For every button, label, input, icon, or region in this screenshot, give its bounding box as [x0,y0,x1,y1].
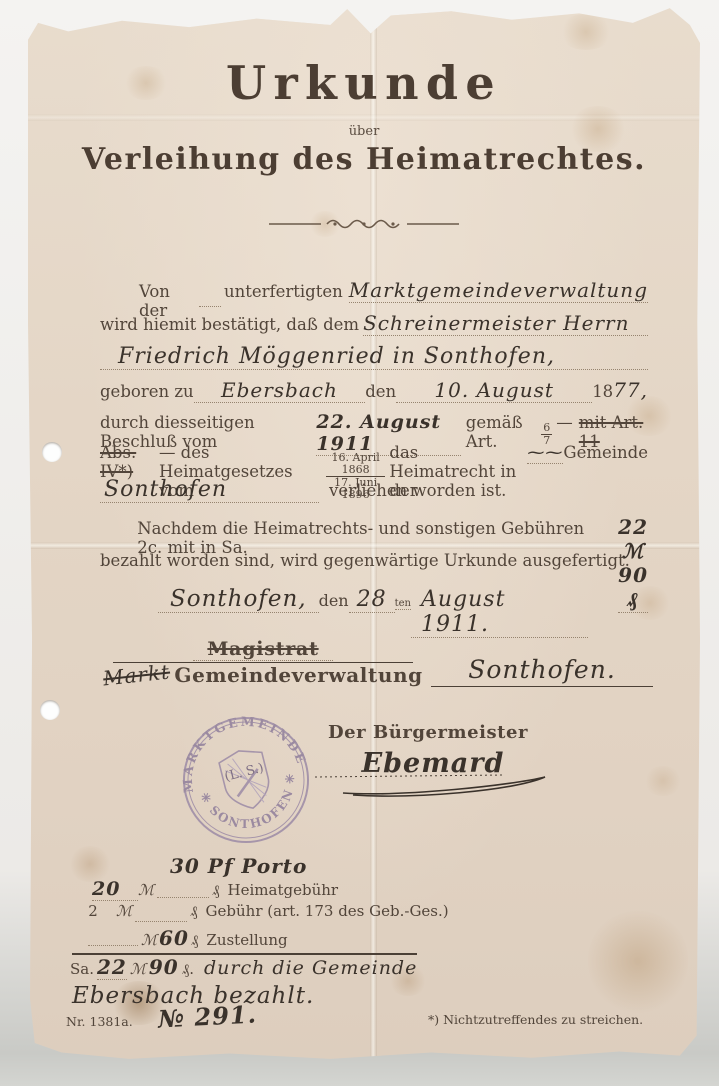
printed-text: bezahlt worden sind, wird gegenwärtige U… [100,551,630,570]
handwritten-name: Friedrich Möggenried in Sonthofen, [100,344,648,370]
printed-ten-suffix: ten [395,598,411,610]
fee-row-gebuehr: 2 ℳ ₰ Gebühr (art. 173 des Geb.-Ges.) [70,902,470,926]
handwritten-payment-note-1: durch die Gemeinde [204,957,417,979]
handwritten-day: 28 [349,587,395,613]
handwritten-authority: Marktgemeindeverwaltung [349,278,648,303]
fee-label: Gebühr (art. 173 des Geb.-Ges.) [206,902,449,920]
struck-magistrat: Magistrat [193,638,332,661]
handwritten-sum-mark: 22 [97,955,127,980]
scanned-photo: Urkunde über Verleihung des Heimatrechte… [0,0,719,1086]
handwritten-payment-note-2: Ebersbach bezahlt. [72,983,470,1009]
handwritten-fee-mark: 20 [92,878,138,901]
divider-ornament-icon [269,217,459,231]
date-line: Sonthofen, den 28 ten August 1911. [158,586,588,638]
gemeindeverwaltung-label: Gemeindeverwaltung [174,663,422,687]
title-over: über [28,124,700,139]
fee-label: Zustellung [206,931,287,949]
body-line-2: wird hiemit bestätigt, daß dem Schreiner… [100,311,648,344]
punch-hole [40,700,60,720]
handwritten-markt: Markt [102,660,171,691]
printed-text: den [319,591,349,610]
certificate-paper: Urkunde über Verleihung des Heimatrechte… [28,6,700,1062]
document-title: Urkunde [28,56,700,110]
pfennig-symbol: ₰ [191,931,199,950]
svg-text:✳ SONTHOFEN ✳: ✳ SONTHOFEN ✳ [197,769,308,842]
printed-fee-mark: 2 [70,902,116,920]
handwritten-place: Sonthofen, [158,586,319,613]
issuer-left: Magistrat Markt Gemeindeverwaltung [113,638,413,687]
footnote: *) Nichtzutreffendes zu streichen. [428,1012,643,1027]
printed-text: geboren zu [100,382,194,401]
printed-text: den [365,382,396,401]
handwritten-document-number: № 291. [157,999,257,1033]
handwritten-birthdate: 10. August [396,378,592,403]
handwritten-gemeinde: Sonthofen [100,477,319,503]
body-paragraph-2-line-1: Nachdem die Heimatrechts- und sonstigen … [100,515,648,551]
seal-bottom-text: ✳ SONTHOFEN ✳ [197,769,308,842]
fees-block: 30 Pf Porto 20 ℳ ₰ Heimatgebühr 2 ℳ ₰ Ge… [70,854,470,1009]
pfennig-dot-symbol: ₰. [182,960,194,979]
horizontal-fold-crease-top [28,114,700,121]
body-paragraph-1: Von der unterfertigten Marktgemeindeverw… [100,278,648,585]
body-line-1: Von der unterfertigten Marktgemeindeverw… [100,278,648,311]
body-line-4: geboren zu Ebersbach den 10. August 1877… [100,378,648,411]
printed-text: — [556,413,573,432]
fee-label: Heimatgebühr [228,881,339,899]
document-subtitle: Verleihung des Heimatrechtes. [28,142,700,177]
printed-text: wird hiemit bestätigt, daß dem [100,315,359,334]
handwritten-signature: Ebemard [362,748,505,779]
handwritten-fee-pfennig: 60 [159,926,189,950]
mark-symbol: ℳ [141,931,157,949]
handwritten-issuer-place: Sonthofen. [431,655,653,687]
handwritten-birthyear: 77, [613,378,648,402]
divider [28,216,700,235]
article-fraction: 67 [541,422,552,447]
fee-sum-row: Sa. 22 ℳ 90 ₰. durch die Gemeinde [70,955,470,983]
body-line-5: durch diesseitigen Beschluß vom 22. Augu… [100,411,648,443]
mark-symbol: ℳ [138,881,154,899]
sum-prefix: Sa. [70,960,94,978]
stain [643,766,683,796]
seal-ls-text: (L. S.) [223,761,265,785]
punch-hole [42,442,62,462]
mark-symbol: ℳ [130,960,146,978]
issuer-block: Magistrat Markt Gemeindeverwaltung Sonth… [113,638,653,687]
fee-row-heimatgebuehr: 20 ℳ ₰ Heimatgebühr [70,878,470,902]
stain [588,906,688,1016]
struck-option-text: Abs. IV*) [100,443,153,481]
pfennig-symbol: ₰ [212,881,220,900]
burgermeister-title: Der Bürgermeister [308,722,548,743]
pfennig-symbol: ₰ [190,902,198,921]
stain [558,14,614,50]
handwritten-birthplace: Ebersbach [194,378,366,403]
law-dates-fraction: 16. April 186817. Juni 1896 [326,452,385,501]
body-paragraph-2-line-2: bezahlt worden sind, wird gegenwärtige U… [100,551,648,585]
printed-text: 18 [592,382,613,401]
fee-row-zustellung: ℳ 60 ₰ Zustellung [70,926,470,950]
form-number: Nr. 1381a. [66,1014,133,1029]
handwritten-sum-pfennig: 90 [149,955,179,979]
signature-block: Ebemard [313,748,553,797]
municipal-seal-stamp: MARKTGEMEINDE ✳ SONTHOFEN ✳ (L. S.) [161,695,331,865]
handwritten-month-year: August 1911. [411,587,588,638]
body-line-3: Friedrich Möggenried in Sonthofen, [100,344,648,378]
mark-symbol: ℳ [116,902,132,920]
printed-text: Gemeinde [563,443,648,462]
handwritten-porto: 30 Pf Porto [170,854,470,878]
handwritten-occupation: Schreinermeister Herrn [363,311,648,336]
printed-text: unterfertigten [224,282,343,301]
